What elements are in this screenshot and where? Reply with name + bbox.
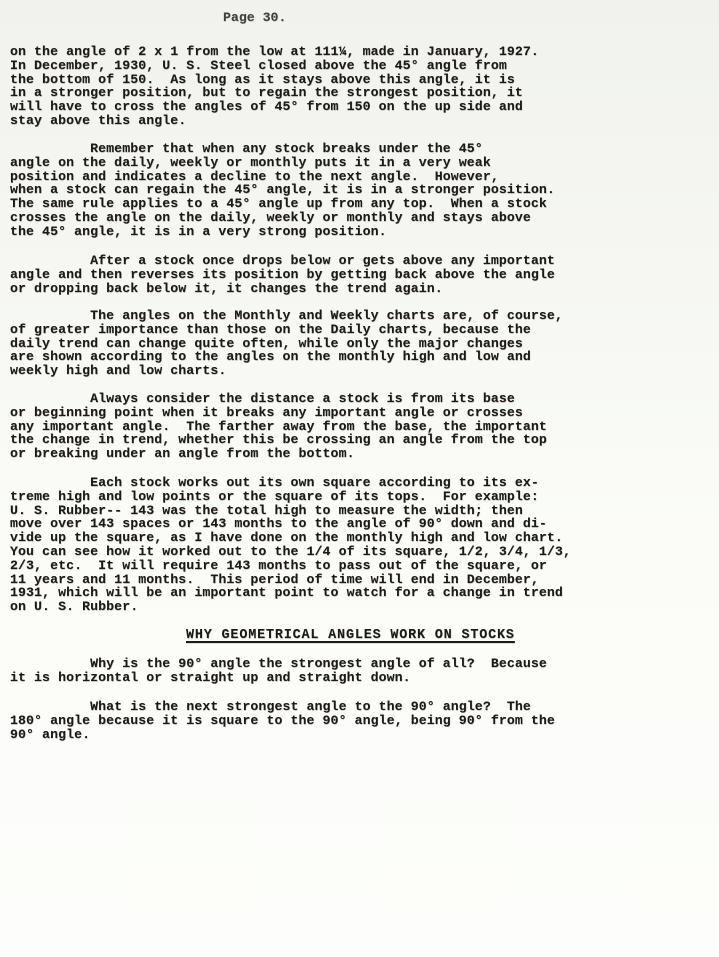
paragraph-6: Each stock works out its own square acco… [10,476,571,614]
paragraph-1: on the angle of 2 x 1 from the low at 11… [10,45,539,128]
paragraph-7: Why is the 90° angle the strongest angle… [10,657,547,685]
paragraph-8: What is the next strongest angle to the … [10,700,555,741]
page-number-header: Page 30. [223,11,286,25]
paragraph-4: The angles on the Monthly and Weekly cha… [10,309,563,378]
paragraph-3: After a stock once drops below or gets a… [10,254,555,295]
scanned-document-page: Page 30. on the angle of 2 x 1 from the … [0,0,719,957]
paragraph-2: Remember that when any stock breaks unde… [10,142,555,239]
paragraph-5: Always consider the distance a stock is … [10,392,547,461]
section-heading: WHY GEOMETRICAL ANGLES WORK ON STOCKS [186,628,515,643]
